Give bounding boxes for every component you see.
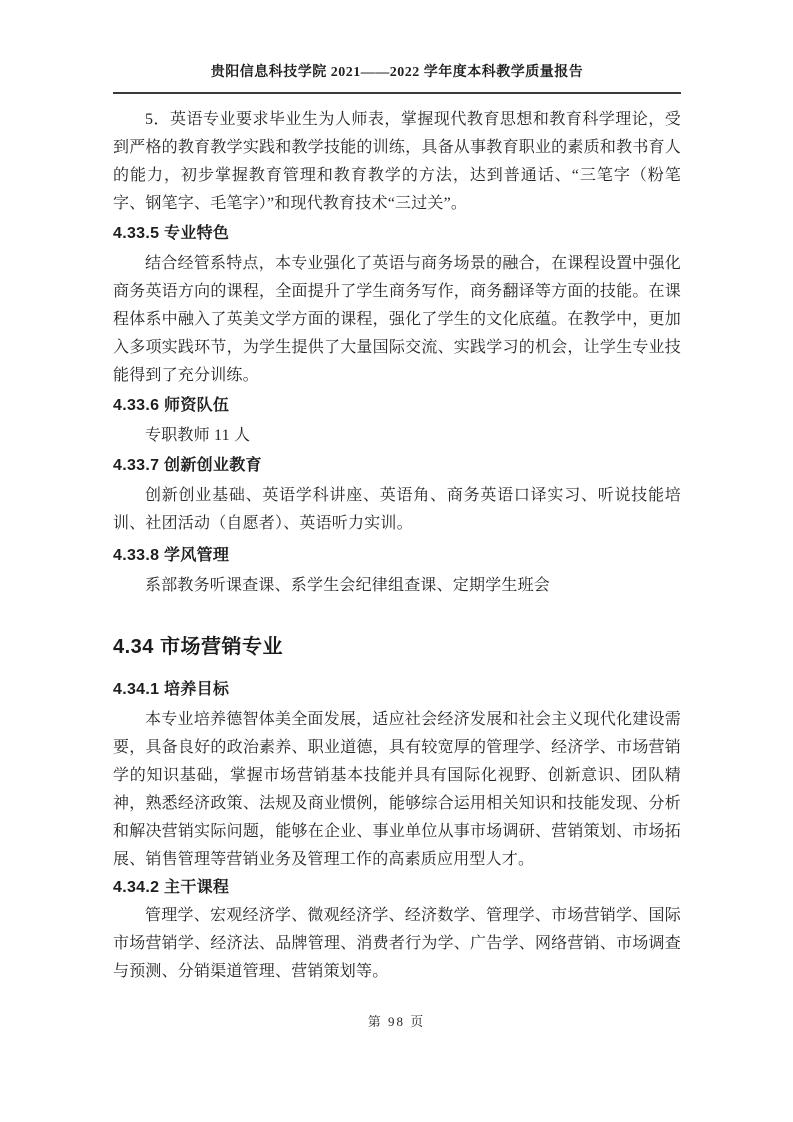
heading-4-34-2-main-courses: 4.34.2 主干课程 [113, 874, 681, 902]
paragraph-training-objectives: 本专业培养德智体美全面发展，适应社会经济发展和社会主义现代化建设需要，具备良好的… [113, 706, 681, 874]
heading-4-33-5-major-features: 4.33.5 专业特色 [113, 220, 681, 248]
paragraph-english-major-requirement: 5．英语专业要求毕业生为人师表，掌握现代教育思想和教育科学理论，受到严格的教育教… [113, 106, 681, 218]
heading-4-34-marketing-major: 4.34 市场营销专业 [113, 632, 681, 662]
paragraph-innovation-education: 创新创业基础、英语学科讲座、英语角、商务英语口译实习、听说技能培训、社团活动（自… [113, 482, 681, 538]
heading-4-33-7-innovation-education: 4.33.7 创新创业教育 [113, 452, 681, 480]
paragraph-study-style-management: 系部教务听课查课、系学生会纪律组查课、定期学生班会 [113, 572, 681, 600]
heading-4-33-8-study-style-management: 4.33.8 学风管理 [113, 542, 681, 570]
paragraph-faculty-count: 专职教师 11 人 [113, 422, 681, 450]
running-header-title: 贵阳信息科技学院 2021——2022 学年度本科教学质量报告 [113, 64, 681, 94]
paragraph-major-features: 结合经管系特点，本专业强化了英语与商务场景的融合，在课程设置中强化商务英语方向的… [113, 250, 681, 390]
heading-4-33-6-faculty-team: 4.33.6 师资队伍 [113, 392, 681, 420]
document-body: 5．英语专业要求毕业生为人师表，掌握现代教育思想和教育科学理论，受到严格的教育教… [113, 106, 681, 986]
page-number: 第 98 页 [0, 1010, 793, 1034]
heading-4-34-1-training-objectives: 4.34.1 培养目标 [113, 676, 681, 704]
paragraph-main-courses: 管理学、宏观经济学、微观经济学、经济数学、管理学、市场营销学、国际市场营销学、经… [113, 902, 681, 986]
document-page: 贵阳信息科技学院 2021——2022 学年度本科教学质量报告 5．英语专业要求… [0, 0, 793, 1122]
